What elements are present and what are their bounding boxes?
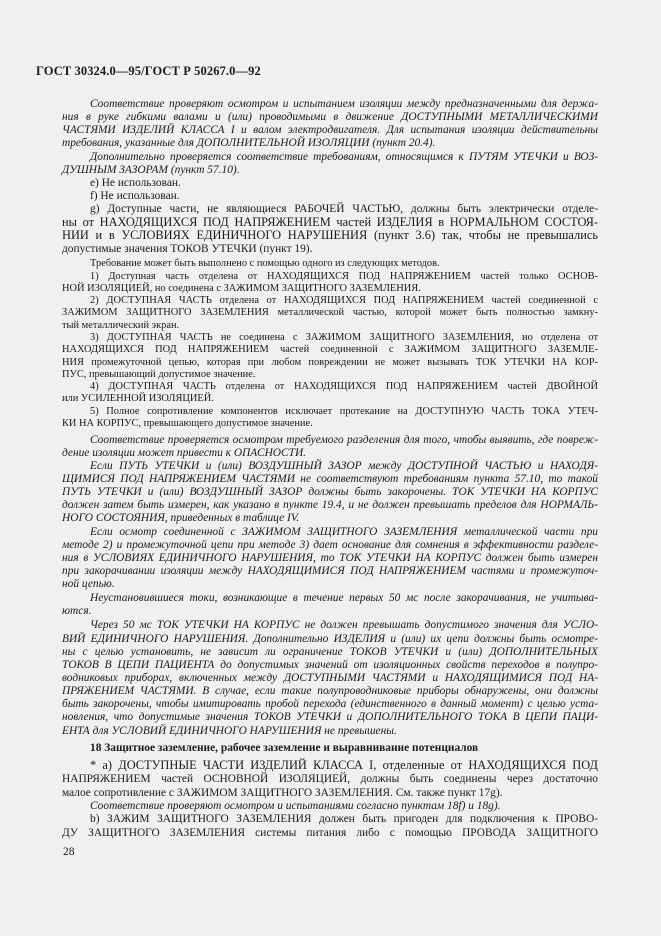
text-line: дение изоляции может привести к ОПАСНОСТ… [62, 446, 598, 460]
text-line: ния в УСЛОВИЯХ ЕДИНИЧНОГО НАРУШЕНИЯ, то … [62, 551, 598, 565]
section-heading: 18 Защитное заземление, рабочее заземлен… [90, 741, 598, 755]
text-line: ВИЙ ЕДИНИЧНОГО НАРУШЕНИЯ. Дополнительно … [62, 632, 598, 646]
text-line: Если осмотр соединенной с ЗАЖИМОМ ЗАЩИТН… [90, 525, 598, 539]
text-line: Если ПУТЬ УТЕЧКИ и (или) ВОЗДУШНЫЙ ЗАЗОР… [90, 459, 598, 473]
text-line: допустимые значения ТОКОВ УТЕЧКИ (пункт … [62, 242, 598, 256]
text-line: новления, что допустимые значения ТОКОВ … [62, 710, 598, 724]
text-line: g) Доступные части, не являющиеся РАБОЧЕ… [90, 202, 598, 216]
text-line: ЩИМИСЯ ПОД НАПРЯЖЕНИЕМ ЧАСТЯМИ не соотве… [62, 472, 598, 486]
text-line: ния в руке гибкими валами и (или) провод… [62, 110, 598, 124]
text-line: Соответствие проверяется осмотром требуе… [90, 433, 598, 447]
text-line: НАПРЯЖЕНИЕМ частей ОСНОВНОЙ ИЗОЛЯЦИЕЙ, д… [62, 772, 598, 786]
text-line: b) ЗАЖИМ ЗАЩИТНОГО ЗАЗЕМЛЕНИЯ должен быт… [90, 812, 598, 826]
text-line: Соответствие проверяют осмотром и испыта… [90, 97, 598, 111]
document-page: ГОСТ 30324.0—95/ГОСТ Р 50267.0—92 Соотве… [0, 0, 661, 936]
text-line: быть закорочены, чтобы имитировать пробо… [62, 697, 598, 711]
text-line: Дополнительно проверяется соответствие т… [90, 150, 598, 164]
text-line: Соответствие проверяют осмотром и испыта… [90, 799, 598, 813]
text-line: ЧАСТЯМИ ИЗДЕЛИЙ КЛАССА I и валом электро… [62, 123, 598, 137]
document-header: ГОСТ 30324.0—95/ГОСТ Р 50267.0—92 [36, 64, 261, 79]
text-line: ПРЯЖЕНИЕМ ЧАСТЯМИ. В случае, если такие … [62, 684, 598, 698]
text-line: при закорачивании изоляции между НАХОДЯЩ… [62, 564, 598, 578]
text-line: КИ НА КОРПУС, превышающего допустимое зн… [62, 417, 598, 431]
text-line: ЕНТА для УСЛОВИЙ ЕДИНИЧНОГО НАРУШЕНИЯ не… [62, 724, 598, 738]
text-line: должен затем быть измерен, как указано в… [62, 498, 598, 512]
text-line: ПУТЬ УТЕЧКИ и (или) ВОЗДУШНЫЙ ЗАЗОР долж… [62, 485, 598, 499]
text-line: ны от НАХОДЯЩИХСЯ ПОД НАПРЯЖЕНИЕМ частей… [62, 215, 598, 229]
text-line: ются. [62, 604, 598, 618]
text-line: ной цепью. [62, 577, 598, 591]
text-line: f) Не использован. [90, 189, 598, 203]
page-number: 28 [63, 846, 75, 858]
text-line: водниковых приборах, включенных между ДО… [62, 671, 598, 685]
text-line: ны с целью установить, не зависит ли огр… [62, 645, 598, 659]
text-line: малое сопротивление с ЗАЖИМОМ ЗАЩИТНОГО … [62, 786, 598, 800]
text-line: Через 50 мс ТОК УТЕЧКИ НА КОРПУС не долж… [90, 618, 598, 632]
text-line: требования, указанные для ДОПОЛНИТЕЛЬНОЙ… [62, 136, 598, 150]
text-line: ТОКОВ В ЦЕПИ ПАЦИЕНТА до допустимых знач… [62, 658, 598, 672]
text-line: НОГО СОСТОЯНИЯ, приведенных в таблице IV… [62, 511, 598, 525]
text-line: НИИ и в УСЛОВИЯХ ЕДИНИЧНОГО НАРУШЕНИЯ (п… [62, 228, 598, 242]
text-line: Неустановившиеся токи, возникающие в теч… [90, 591, 598, 605]
text-line: методе 2) и промежуточной цепи при метод… [62, 538, 598, 552]
text-line: * а) ДОСТУПНЫЕ ЧАСТИ ИЗДЕЛИЙ КЛАССА I, о… [90, 758, 598, 772]
text-line: ДУШНЫМ ЗАЗОРАМ (пункт 57.10). [62, 163, 598, 177]
text-line: e) Не использован. [90, 176, 598, 190]
text-line: ДУ ЗАЩИТНОГО ЗАЗЕМЛЕНИЯ системы питания … [62, 826, 598, 840]
